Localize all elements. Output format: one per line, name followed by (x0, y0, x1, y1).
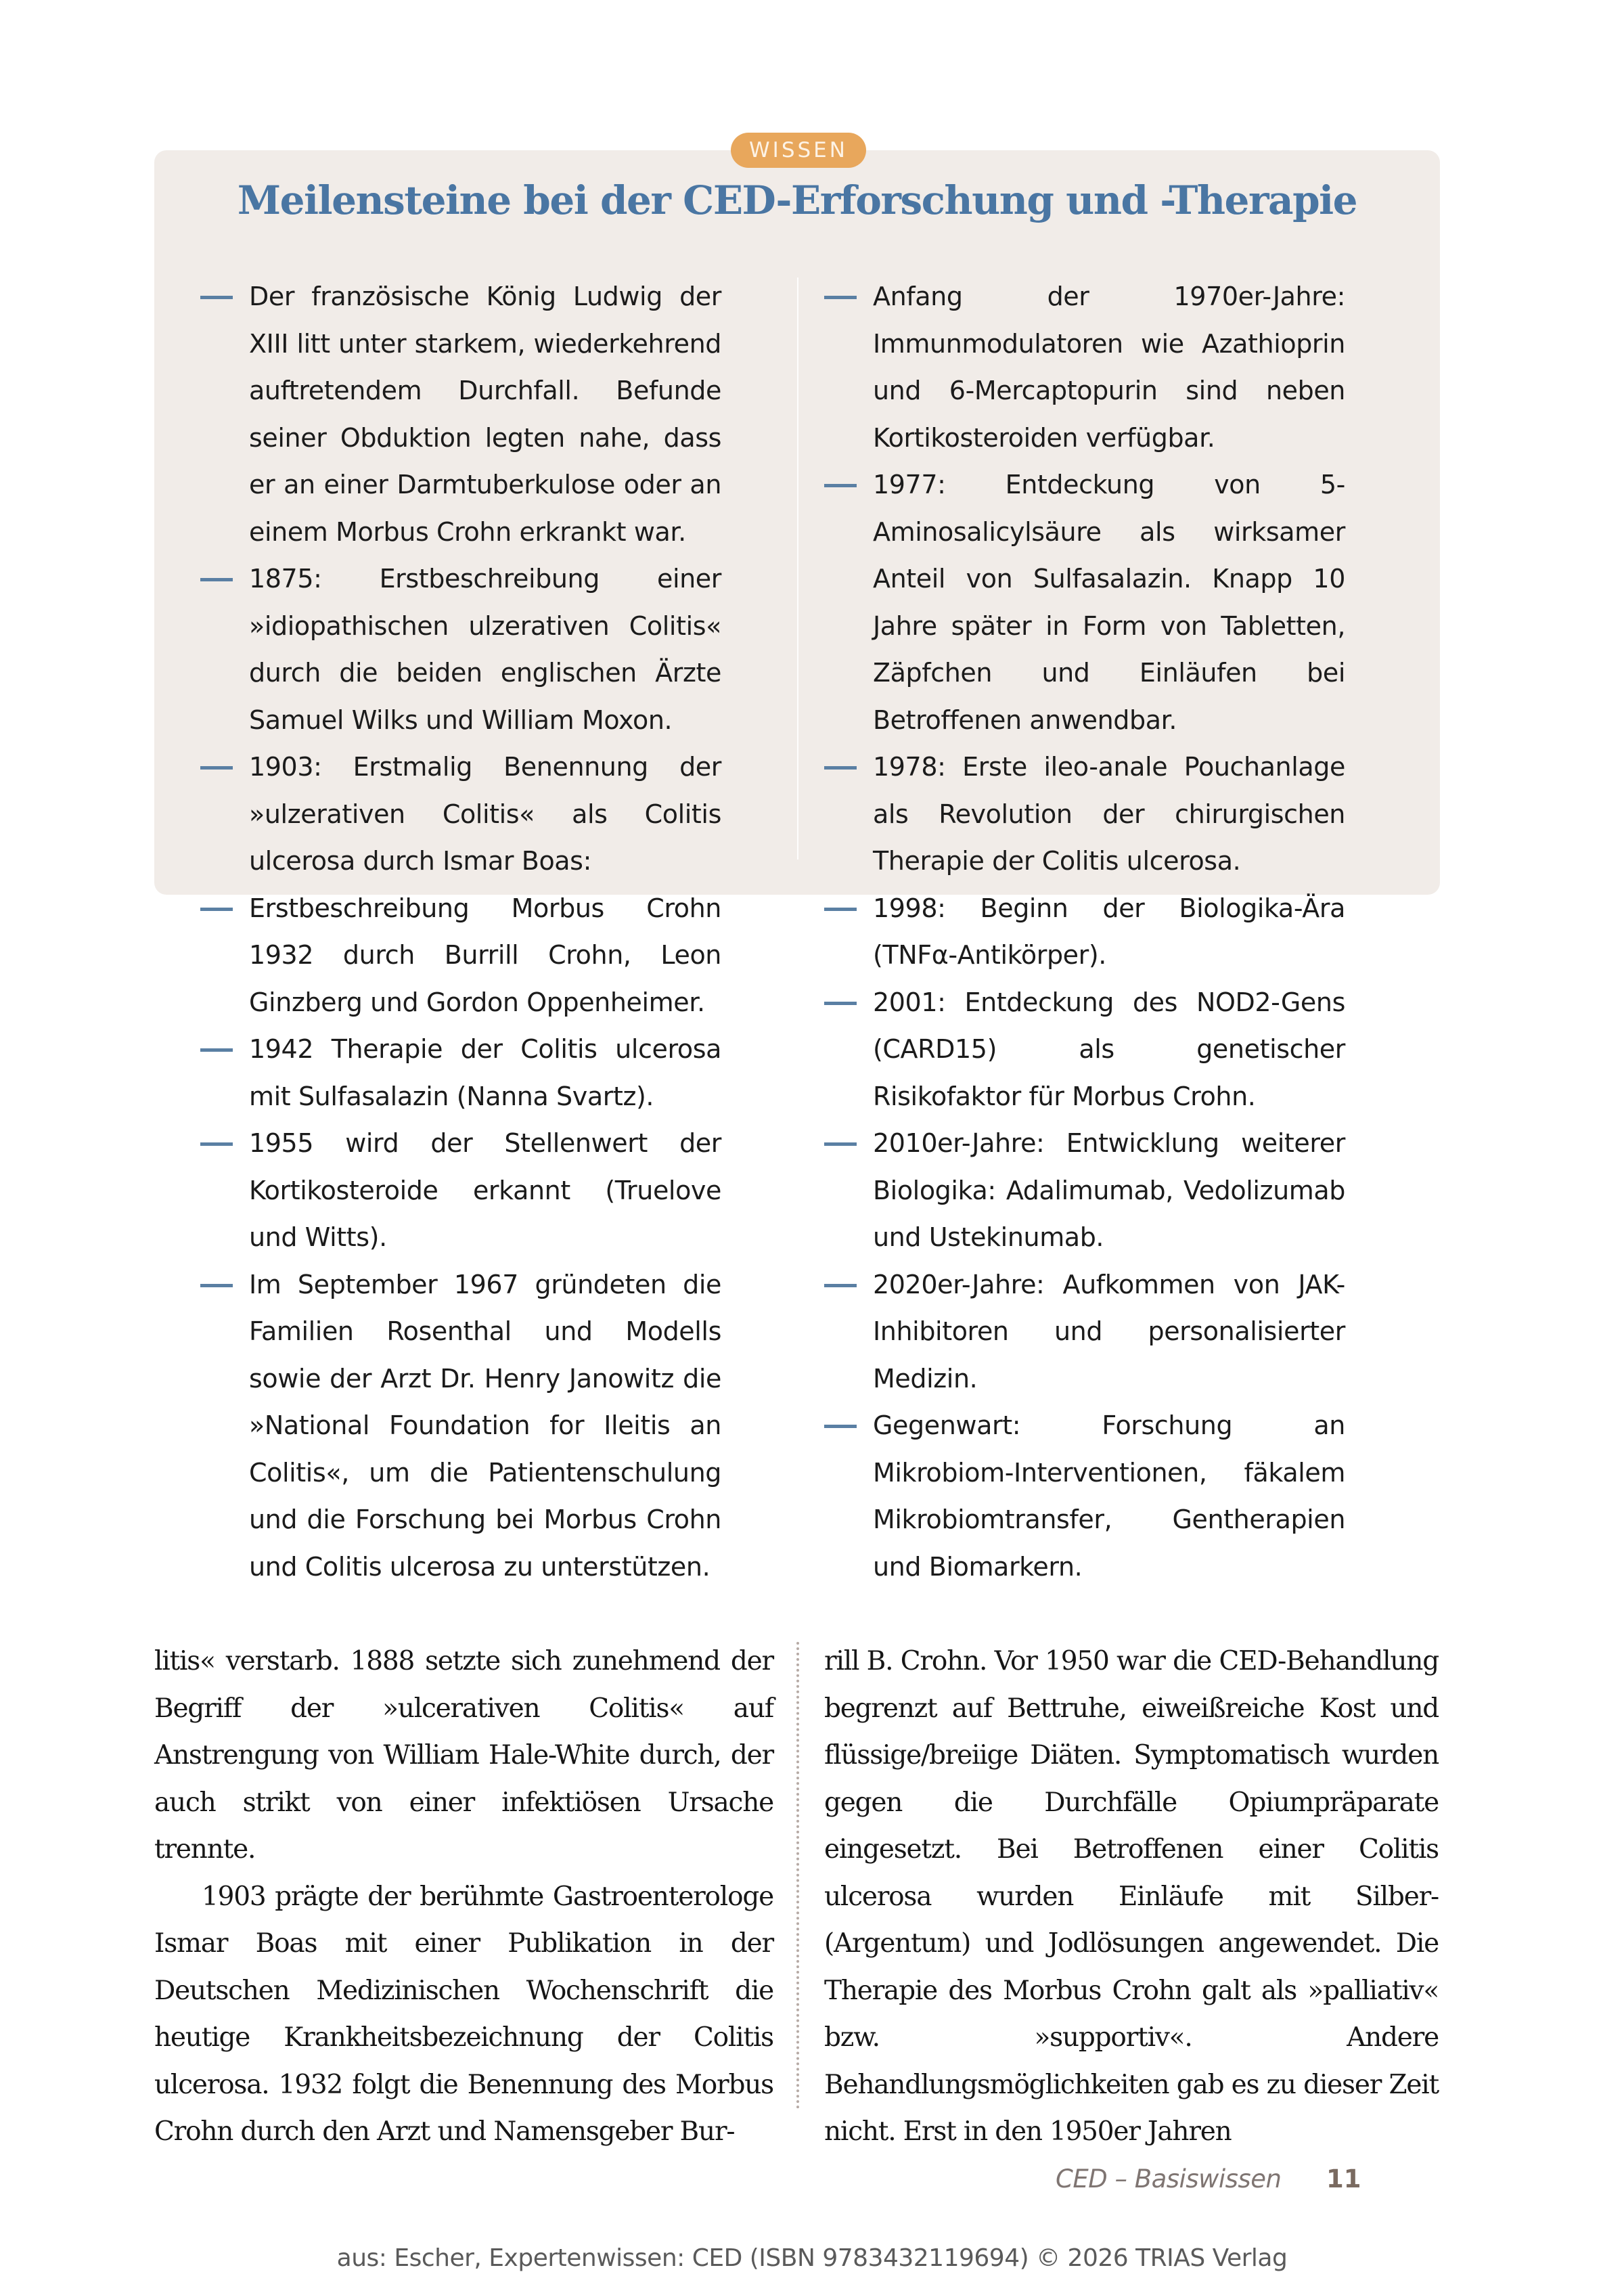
milestone-item: Anfang der 1970er-Jahre: Immunmodulatore… (824, 273, 1345, 462)
infobox-left-column: Der französische König Ludwig der XIII l… (200, 273, 721, 1590)
infobox-right-column: Anfang der 1970er-Jahre: Immunmodulatore… (824, 273, 1345, 1590)
milestone-item: Gegenwart: Forschung an Mikrobiom-Interv… (824, 1402, 1345, 1590)
milestone-item: 1978: Erste ileo-anale Pouchanlage als R… (824, 744, 1345, 885)
dash-bullet-icon (824, 766, 857, 770)
dash-bullet-icon (824, 1425, 857, 1428)
dash-bullet-icon (824, 296, 857, 299)
dash-bullet-icon (824, 1284, 857, 1287)
body-paragraph: litis« verstarb. 1888 setzte sich zunehm… (154, 1638, 773, 1873)
copyright-credit: aus: Escher, Expertenwissen: CED (ISBN 9… (0, 2244, 1624, 2272)
dash-bullet-icon (200, 766, 233, 770)
milestone-item: 1955 wird der Stellenwert der Kortikoste… (200, 1120, 721, 1262)
milestone-item: 1942 Therapie der Colitis ulcerosa mit S… (200, 1026, 721, 1120)
infobox-title: Meilensteine bei der CED-Erforschung und… (154, 177, 1440, 223)
milestone-item: Im September 1967 gründeten die Familien… (200, 1262, 721, 1591)
dash-bullet-icon (824, 908, 857, 911)
milestone-item: 2001: Entdeckung des NOD2-Gens (CARD15) … (824, 979, 1345, 1121)
body-right-column: rill B. Crohn. Vor 1950 war die CED-Beha… (824, 1638, 1439, 2156)
dash-bullet-icon (824, 1142, 857, 1146)
milestone-item: Der französische König Ludwig der XIII l… (200, 273, 721, 556)
body-paragraph: 1903 prägte der berühmte Gastroenterolog… (154, 1873, 773, 2156)
dash-bullet-icon (200, 296, 233, 299)
page-number: 11 (1326, 2164, 1361, 2194)
dash-bullet-icon (200, 908, 233, 911)
body-paragraph: rill B. Crohn. Vor 1950 war die CED-Beha… (824, 1638, 1439, 2156)
body-left-column: litis« verstarb. 1888 setzte sich zunehm… (154, 1638, 773, 2156)
milestone-item: 2020er-Jahre: Aufkommen von JAK-Inhibito… (824, 1262, 1345, 1403)
milestone-item: 1875: Erstbeschreibung einer »idiopathis… (200, 556, 721, 744)
dash-bullet-icon (200, 1048, 233, 1052)
dash-bullet-icon (200, 578, 233, 581)
column-divider (797, 277, 798, 860)
milestone-item: 1977: Entdeckung von 5-Aminosalicylsäure… (824, 462, 1345, 744)
milestone-item: 1903: Erstmalig Benennung der »ulzerativ… (200, 744, 721, 885)
milestone-item: Erstbeschreibung Morbus Crohn 1932 durch… (200, 885, 721, 1027)
dash-bullet-icon (824, 1002, 857, 1005)
milestone-item: 2010er-Jahre: Entwicklung weiterer Biolo… (824, 1120, 1345, 1262)
dash-bullet-icon (824, 484, 857, 487)
running-footer-section: CED – Basiswissen (1056, 2164, 1281, 2194)
milestone-item: 1998: Beginn der Biologika-Ära (TNFα-Ant… (824, 885, 1345, 979)
dotted-column-divider (796, 1642, 799, 2109)
dash-bullet-icon (200, 1142, 233, 1146)
wissen-badge: WISSEN (731, 133, 866, 168)
dash-bullet-icon (200, 1284, 233, 1287)
